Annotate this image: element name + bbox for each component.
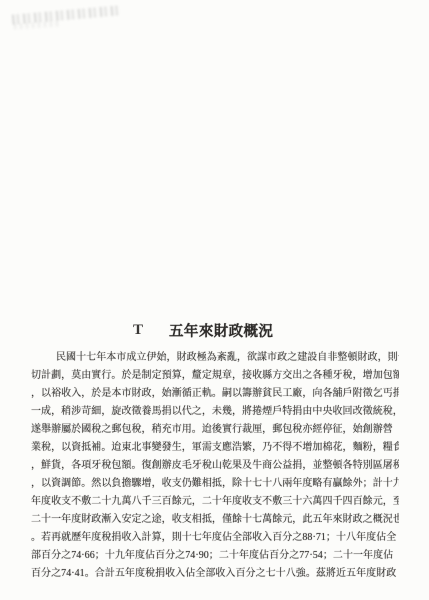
section-marker: T	[133, 322, 143, 339]
page-title: 五年來財政概況	[169, 320, 273, 341]
scanned-document-page: T 五年來財政概況 民國十七年本市成立伊始，財政極為紊亂，欲謀市政之建設自非整頓…	[0, 0, 429, 600]
body-line: 遂舉辦屬於國稅之郵包稅，稍充市用。迨後實行裁厘，郵包稅亦經停征，始創辦營	[31, 421, 399, 439]
body-line: 二十一年度財政漸入安定之途，收支相抵，僅餘十七萬餘元，此五年來財政之概況也	[31, 511, 399, 529]
body-line: 。若再就歷年度稅捐收入計算，則十七年度佔全部收入百分之88·71；十八年度佔全	[31, 529, 399, 547]
body-line: 切計劃，莫由實行。於是制定預算，釐定規章，接收縣方交出之各種牙稅，增加包額	[31, 367, 399, 385]
body-line: 一成，稍涉苛細，旋改徵養馬捐以代之，未幾，將捲煙戶特捐由中央收回改徵統稅，	[31, 403, 399, 421]
section-heading: T 五年來財政概況	[133, 320, 273, 340]
body-line: 業稅，以資抵補。迨東北事變發生，軍需支應浩繁，乃不得不增加棉花，麵粉，糧食	[31, 439, 399, 457]
body-line: 民國十七年本市成立伊始，財政極為紊亂，欲謀市政之建設自非整頓財政，則一	[31, 349, 399, 367]
body-line: ，以裕收入，於是本市財政，始漸循正軌。嗣以籌辦貧民工廠，向各舖戶附徵乞丐捐	[31, 385, 399, 403]
body-line: ，以資調節。然以負擔驟增，收支仍難相抵，除十七十八兩年度略有贏餘外；計十九	[31, 475, 399, 493]
body-line: 百分之74·41。合計五年度稅捐收入佔全部收入百分之七十八強。茲將近五年度財政	[31, 565, 399, 583]
body-line: 部百分之74·66；十九年度佔百分之74·90；二十年度佔百分之77·54；二十…	[31, 547, 399, 565]
body-line: 年度收支不敷二十九萬八千三百餘元，二十年度收支不敷三十六萬四千四百餘元，至	[31, 493, 399, 511]
body-line: ，鮮貨，各項牙稅包額。復創辦皮毛牙稅山乾果及牛商公益捐，並整頓各特別區屠稅	[31, 457, 399, 475]
body-text-block: 民國十七年本市成立伊始，財政極為紊亂，欲謀市政之建設自非整頓財政，則一 切計劃，…	[31, 349, 399, 583]
